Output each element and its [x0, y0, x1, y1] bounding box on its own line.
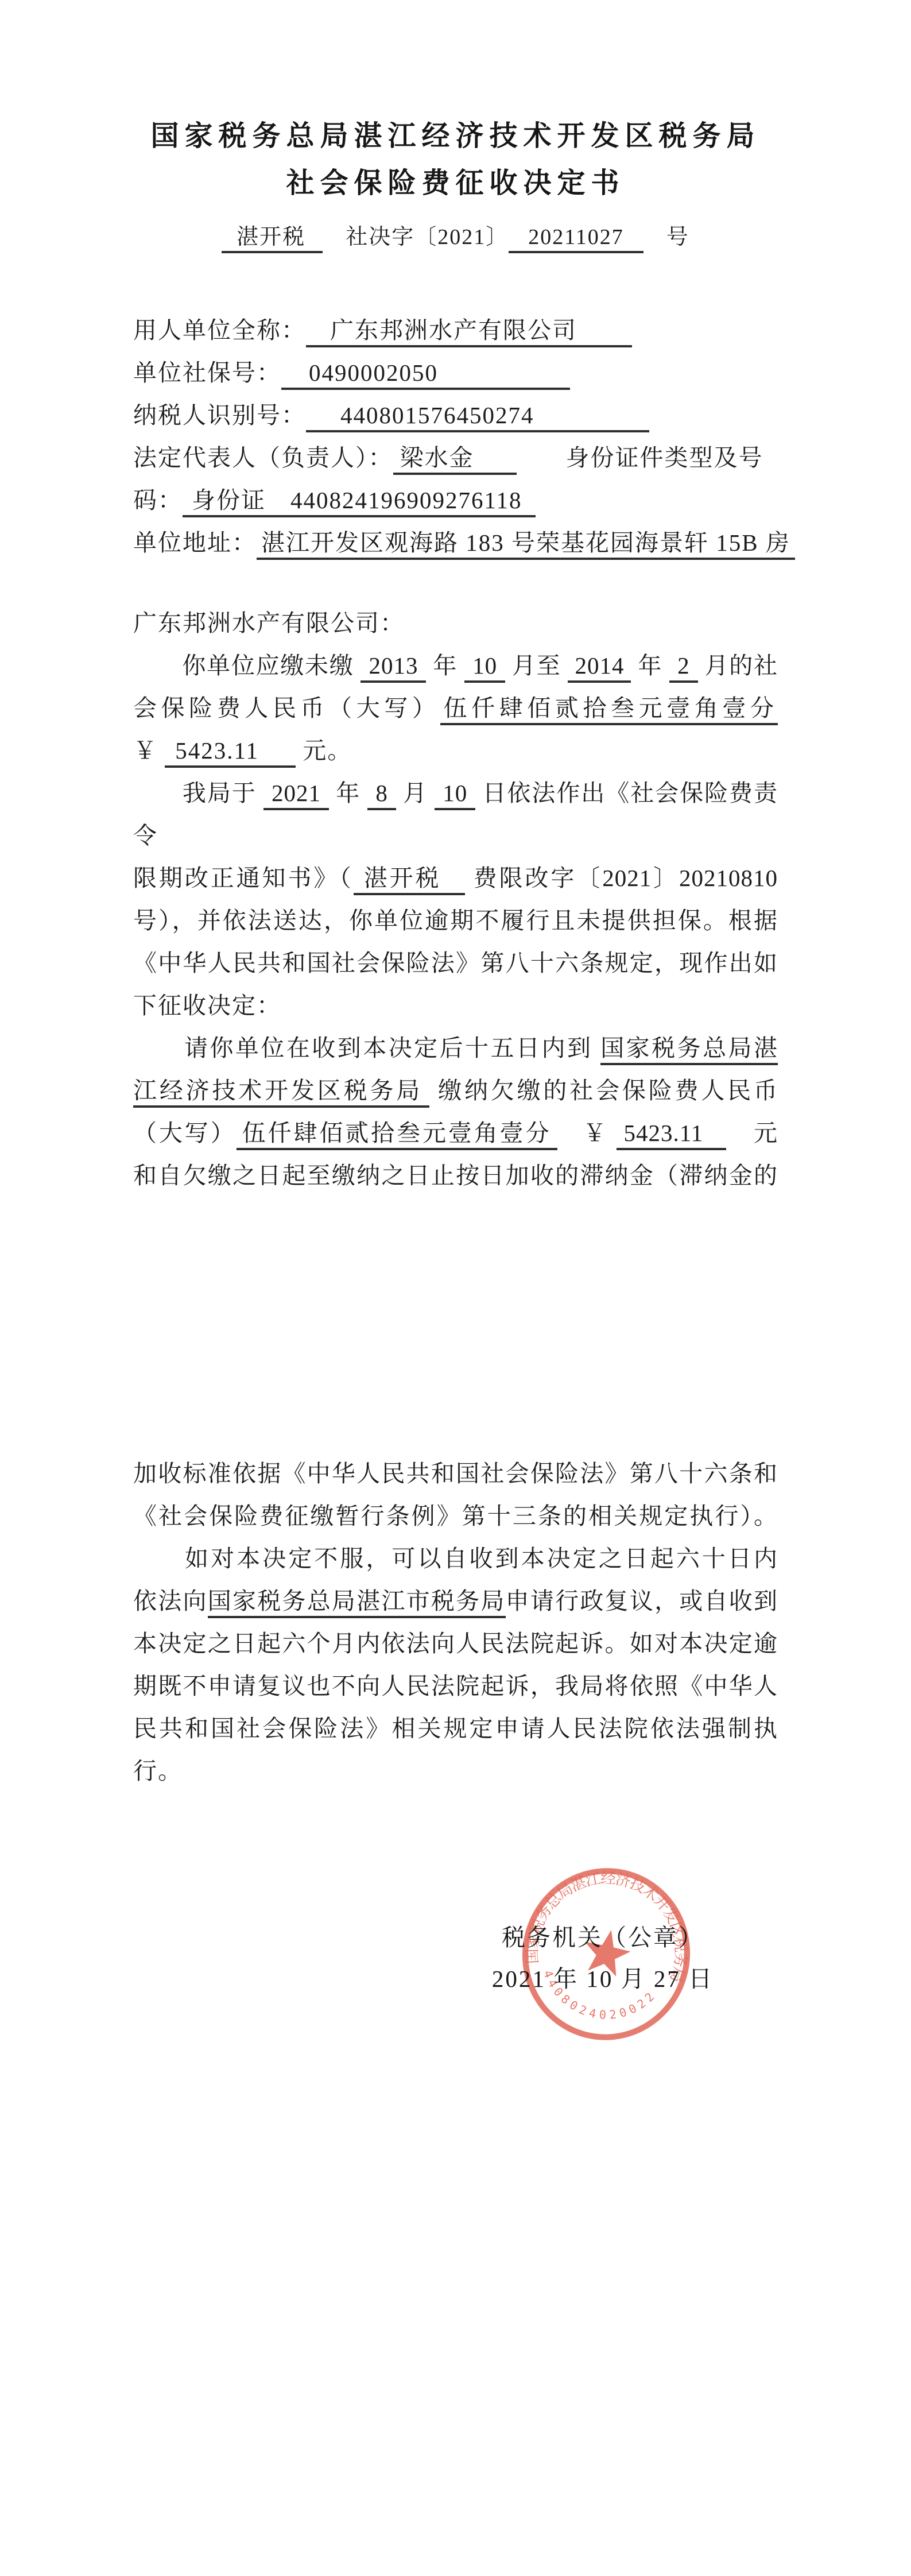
doc-line: 纳税人识别号：440801576450274	[133, 394, 778, 436]
underlined-value: 10	[435, 780, 475, 810]
doc-line: 请你单位在收到本决定后十五日内到 国家税务总局湛	[133, 1027, 778, 1069]
document-page: 国家税务总局湛江经济技术开发区税务局 社会保险费征收决定书 湛开税 社决字〔20…	[0, 0, 911, 2576]
doc-line: 期既不申请复议也不向人民法院起诉，我局将依照《中华人	[133, 1665, 778, 1707]
document-body: 广东邦洲水产有限公司： 你单位应缴未缴 2013 年 10 月至 2014 年 …	[133, 602, 778, 1792]
text-run: 费限改字〔2021〕20210810	[465, 865, 778, 891]
underlined-value: 20211027	[509, 225, 643, 253]
text-run: 年	[631, 652, 669, 679]
text-run: 民共和国社会保险法》相关规定申请人民法院依法强制执	[133, 1715, 778, 1742]
text-run: 法定代表人（负责人）：	[133, 444, 393, 471]
doc-line: ￥ 5423.11 元。	[133, 729, 778, 772]
text-run: 号），并依法送达，你单位逾期不履行且未提供担保。根据	[133, 907, 778, 934]
text-run: 元。	[296, 737, 352, 764]
underlined-value: 江经济技术开发区税务局	[133, 1077, 429, 1108]
underlined-value: 440801576450274	[306, 402, 649, 432]
text-run: 《社会保险费征缴暂行条例》第十三条的相关规定执行）。	[133, 1503, 778, 1529]
underlined-value: 8	[367, 780, 396, 810]
document-title-line2: 社会保险费征收决定书	[0, 160, 911, 207]
doc-line: 限期改正通知书》（湛开税 费限改字〔2021〕20210810	[133, 857, 778, 899]
doc-line: 和自欠缴之日起至缴纳之日止按日加收的滞纳金（滞纳金的	[133, 1154, 778, 1197]
underlined-value: 2013	[360, 652, 426, 683]
doc-line: 《中华人民共和国社会保险法》第八十六条规定，现作出如	[133, 942, 778, 984]
text-run: 广东邦洲水产有限公司：	[133, 610, 405, 636]
text-run: 本决定之日起六个月内依法向人民法院起诉。如对本决定逾	[133, 1630, 778, 1657]
doc-line: 《社会保险费征缴暂行条例》第十三条的相关规定执行）。	[133, 1495, 778, 1537]
text-run: 限期改正通知书》（	[133, 865, 354, 891]
text-run: 元	[726, 1120, 778, 1146]
text-run: 单位地址：	[133, 529, 257, 556]
text-run: 月的社	[698, 652, 778, 679]
text-run: 单位社保号：	[133, 359, 281, 386]
doc-line: 民共和国社会保险法》相关规定申请人民法院依法强制执	[133, 1707, 778, 1750]
text-run: 纳税人识别号：	[133, 402, 306, 428]
underlined-value: 梁水金	[393, 444, 517, 475]
underlined-value: 湛开税	[222, 225, 323, 253]
doc-line: 我局于 2021 年 8 月 10 日依法作出《社会保险费责令	[133, 772, 778, 857]
doc-line: 法定代表人（负责人）：梁水金 身份证件类型及号	[133, 436, 778, 479]
text-run: ￥	[133, 737, 165, 764]
doc-line: 依法向国家税务总局湛江市税务局申请行政复议，或自收到	[133, 1580, 778, 1622]
signature-issuer: 税务机关（公章）	[436, 1917, 769, 1958]
doc-line: 江经济技术开发区税务局 缴纳欠缴的社会保险费人民币	[133, 1069, 778, 1112]
text-run: 缴纳欠缴的社会保险费人民币	[429, 1077, 778, 1104]
document-number: 湛开税 社决字〔2021〕20211027 号	[0, 221, 911, 254]
header-fields: 用人单位全称：广东邦洲水产有限公司单位社保号：0490002050纳税人识别号：…	[133, 309, 778, 564]
doc-line: 你单位应缴未缴 2013 年 10 月至 2014 年 2 月的社	[133, 644, 778, 687]
doc-line: 下征收决定：	[133, 984, 778, 1027]
doc-line: （大写）伍仟肆佰贰拾叁元壹角壹分 ￥ 5423.11 元	[133, 1112, 778, 1154]
underlined-value: 身份证 440824196909276118	[183, 487, 536, 517]
document-title-line1: 国家税务总局湛江经济技术开发区税务局	[0, 0, 911, 160]
underlined-value: 国家税务总局湛江市税务局	[208, 1588, 506, 1618]
text-run: 年	[426, 652, 464, 679]
underlined-value: 伍仟肆佰贰拾叁元壹角壹分	[237, 1120, 557, 1150]
signature-date: 2021 年 10 月 27 日	[436, 1958, 769, 1999]
doc-line: 广东邦洲水产有限公司：	[133, 602, 778, 644]
text-run: 申请行政复议，或自收到	[506, 1588, 778, 1614]
text-run: 年	[329, 780, 367, 806]
doc-line: 码：身份证 440824196909276118	[133, 479, 778, 521]
text-run: 你单位应缴未缴	[133, 652, 360, 679]
text-run: 用人单位全称：	[133, 317, 306, 343]
text-run: 身份证件类型及号	[517, 444, 763, 471]
text-run: 依法向	[133, 1588, 208, 1614]
doc-line: 行。	[133, 1750, 778, 1792]
document-content: 用人单位全称：广东邦洲水产有限公司单位社保号：0490002050纳税人识别号：…	[133, 309, 778, 1792]
doc-line: 单位地址：湛江开发区观海路 183 号荣基花园海景轩 15B 房	[133, 521, 778, 564]
underlined-value: 广东邦洲水产有限公司	[306, 317, 632, 347]
text-run: 社决字〔2021〕	[323, 225, 509, 249]
text-run: 会保险费人民币（大写）	[133, 695, 440, 721]
text-run: 期既不申请复议也不向人民法院起诉，我局将依照《中华人	[133, 1673, 778, 1699]
doc-line: 用人单位全称：广东邦洲水产有限公司	[133, 309, 778, 351]
text-run: 行。	[133, 1758, 183, 1784]
doc-line: 本决定之日起六个月内依法向人民法院起诉。如对本决定逾	[133, 1622, 778, 1665]
text-run: 月至	[505, 652, 568, 679]
text-run: 请你单位在收到本决定后十五日内到	[133, 1035, 600, 1061]
signature-block: 税务机关（公章） 2021 年 10 月 27 日	[436, 1917, 769, 1999]
text-run: ￥	[557, 1120, 617, 1146]
underlined-value: 5423.11	[617, 1120, 726, 1150]
text-run: 码：	[133, 487, 183, 513]
underlined-value: 5423.11	[165, 737, 296, 768]
text-run: 如对本决定不服，可以自收到本决定之日起六十日内	[133, 1545, 778, 1572]
doc-line: 单位社保号：0490002050	[133, 351, 778, 394]
underlined-value: 2	[669, 652, 698, 683]
text-run: 月	[396, 780, 435, 806]
underlined-value: 2014	[568, 652, 631, 683]
underlined-value: 国家税务总局湛	[600, 1035, 778, 1065]
text-run: 加收标准依据《中华人民共和国社会保险法》第八十六条和	[133, 1460, 778, 1487]
text-run: （大写）	[133, 1120, 237, 1146]
doc-line: 加收标准依据《中华人民共和国社会保险法》第八十六条和	[133, 1452, 778, 1495]
doc-line: 号），并依法送达，你单位逾期不履行且未提供担保。根据	[133, 899, 778, 942]
underlined-value: 湛江开发区观海路 183 号荣基花园海景轩 15B 房	[257, 529, 795, 560]
text-run: 下征收决定：	[133, 992, 281, 1019]
doc-line: 如对本决定不服，可以自收到本决定之日起六十日内	[133, 1537, 778, 1580]
doc-line	[133, 1197, 778, 1452]
underlined-value: 湛开税	[354, 865, 466, 895]
underlined-value: 10	[464, 652, 505, 683]
text-run: 号	[643, 225, 689, 249]
text-run: 《中华人民共和国社会保险法》第八十六条规定，现作出如	[133, 950, 778, 976]
underlined-value: 2021	[263, 780, 329, 810]
text-run: 和自欠缴之日起至缴纳之日止按日加收的滞纳金（滞纳金的	[133, 1162, 778, 1189]
underlined-value: 伍仟肆佰贰拾叁元壹角壹分	[440, 695, 778, 725]
underlined-value: 0490002050	[281, 359, 570, 390]
doc-line: 会保险费人民币（大写）伍仟肆佰贰拾叁元壹角壹分	[133, 687, 778, 729]
text-run: 我局于	[133, 780, 263, 806]
